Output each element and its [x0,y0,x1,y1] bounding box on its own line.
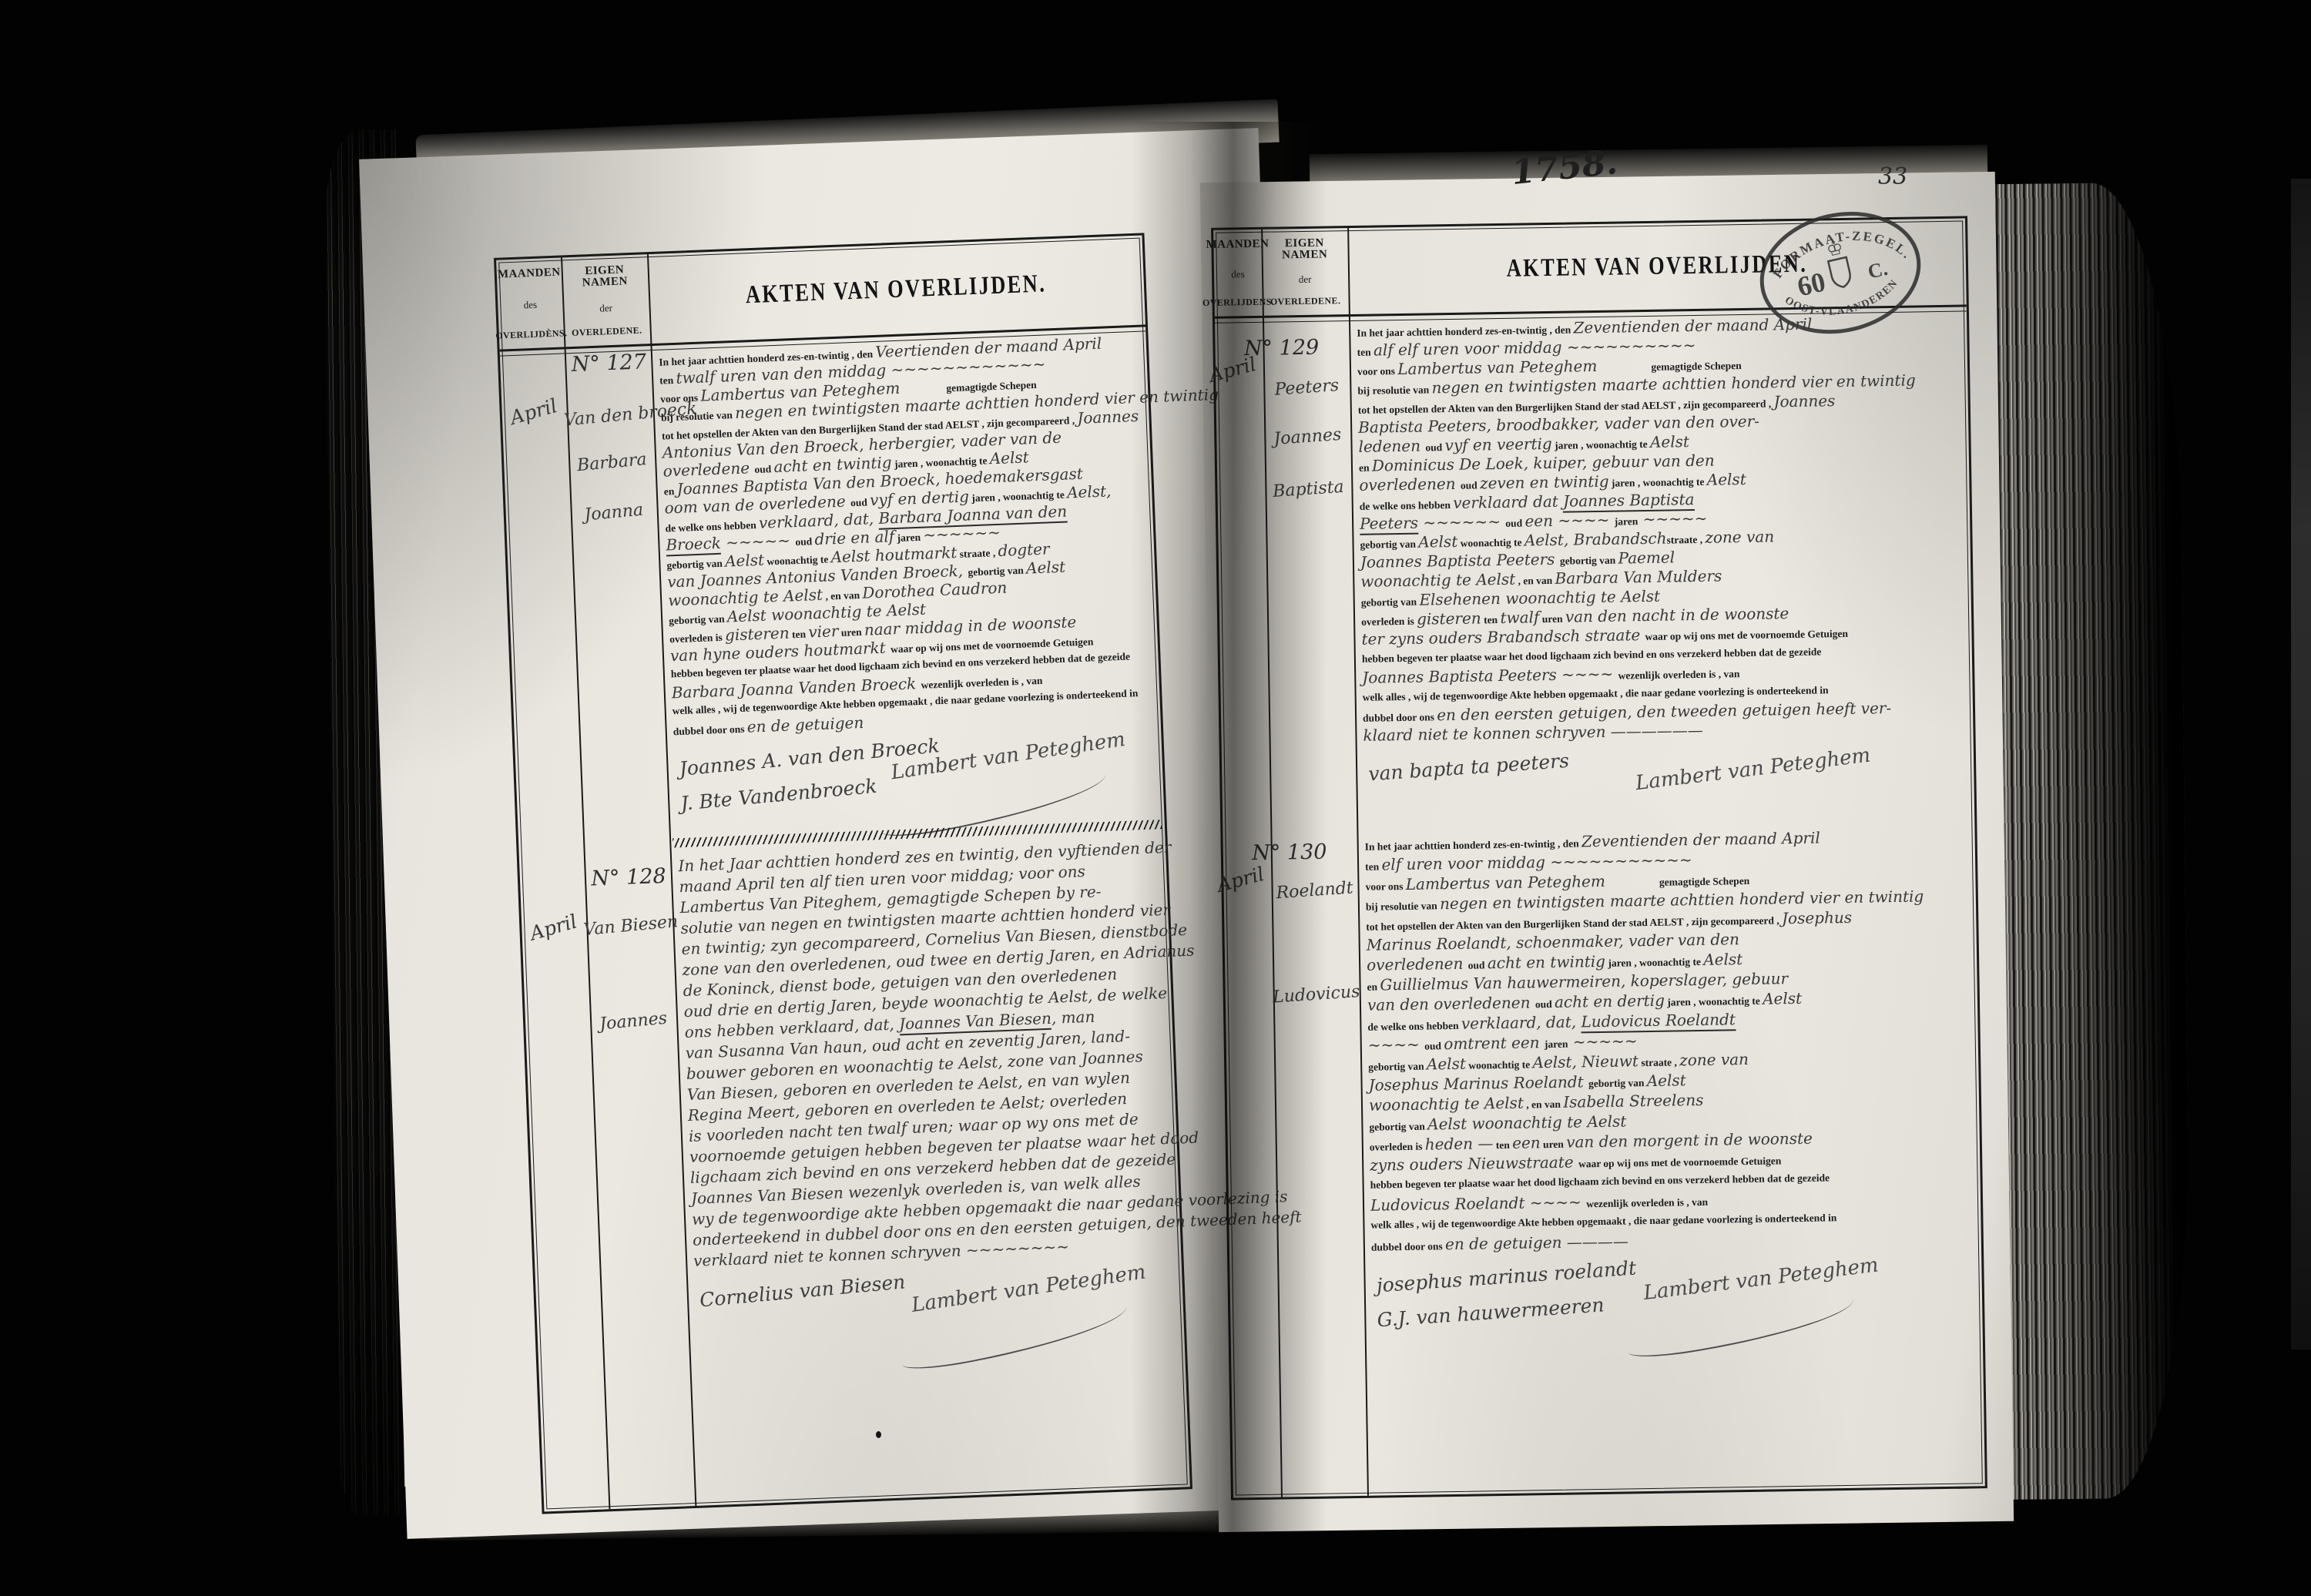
column-header-names: EIGEN NAMENderOVERLEDENE. [561,254,650,347]
printed-text: de welke ons hebben [1360,499,1454,512]
printed-text: gebortig van [1560,555,1618,567]
witness-signatures: Cornelius van Biesen [699,1276,906,1318]
handwritten-text: Lambertus van Peteghem [1397,357,1597,378]
printed-text: jaren [894,531,924,544]
signature-block: Cornelius van Biesen Lambert van Peteghe… [694,1264,1177,1375]
handwritten-text [1605,886,1659,887]
signature: G.J. van hauwermeeren [1377,1292,1638,1332]
handwritten-text: Ludovicus Roelandt [1581,1010,1736,1033]
signature-block: josephus marinus roelandtG.J. van hauwer… [1371,1256,1975,1358]
handwritten-text: Joannes Baptista Peeters [1360,550,1560,572]
handwritten-text [1597,370,1651,371]
official-signature: Lambert van Peteghem [1634,744,1871,796]
printed-text: uren [1539,613,1565,625]
handwritten-text: gisteren [725,623,790,644]
printed-text: voor ons [660,392,701,405]
printed-text: hebben begeven ter plaatse waar het dood… [1370,1172,1830,1190]
handwritten-text: Aelst [989,448,1029,468]
handwritten-text: zone van [1679,1050,1749,1069]
act-body: In het Jaar achttien honderd zes en twin… [678,837,1177,1374]
death-act-130: N° 130 April RoelandtLudovicus In het ja… [1223,811,1985,1497]
printed-text: oud [1461,479,1480,491]
printed-text: jaren , woonachtig te [1605,956,1703,969]
printed-text: woonachtig te [1466,1058,1533,1071]
page-title: AKTEN VAN OVERLIJDEN. [746,270,1048,310]
printed-text: , en van [1515,575,1555,587]
printed-text: bij resolutie van [1357,384,1431,397]
handwritten-text: ~~~~~ [1568,1031,1638,1051]
handwritten-text: twalf [1500,608,1539,627]
deceased-name-margin: Van den broeck [563,403,657,431]
printed-text: straate , [1638,1056,1679,1068]
handwritten-text: Ludovicus Roelandt ~~~~ [1370,1192,1586,1214]
death-act-127: N° 127 April Van den broeckBarbaraJoanna… [500,332,1165,843]
printed-text: overleden is [669,632,726,645]
handwritten-text: Isabella Streelens [1563,1091,1704,1111]
printed-text: gebortig van [1369,1121,1427,1133]
printed-text: gemagtigde Schepen [1659,875,1750,888]
printed-text: oud [1425,441,1444,453]
printed-text: waar op wij ons met de voornoemde Getuig… [1578,1155,1782,1169]
column-header-line: des [523,300,537,310]
printed-text: jaren [1615,515,1638,527]
printed-text: oud [1505,517,1524,528]
column-header-line: OVERLEDENE. [1270,296,1341,306]
printed-text: oud [754,463,774,475]
printed-text: woonachtig te [764,553,831,567]
printed-text: gemagtigde Schepen [1651,360,1742,373]
printed-text: ten [1493,1139,1512,1151]
printed-text: oud [1535,998,1555,1010]
handwritten-text: ~~~~~~ [1418,512,1506,532]
handwritten-text: een [1512,1133,1541,1152]
column-header-line: der [599,302,612,313]
printed-text: de welke ons hebben [1367,1020,1461,1033]
handwritten-text: Peeters [1360,514,1418,535]
left-page-table: MAANDENdesOVERLIJDÈNS. EIGEN NAMENderOVE… [494,233,1192,1514]
column-header-line: OVERLIJDÈNS. [495,328,568,340]
printed-text: gebortig van [1360,538,1418,551]
handwritten-text: Aelst [1427,1054,1466,1074]
handwritten-text: acht en twintig [1488,952,1606,972]
handwritten-text: Aelst [725,551,765,571]
film-edge-strip [2291,179,2311,1350]
act-body: In het jaar achttien honderd zes-en-twin… [1357,313,1967,849]
printed-text: ten [659,374,676,387]
stamp-value: 60 [1794,266,1828,302]
handwritten-text: gisteren [1417,609,1481,628]
printed-text: jaren , woonachtig te [1608,476,1706,489]
handwritten-text: dogter [998,539,1050,560]
printed-text: voor ons [1357,365,1397,377]
right-page-table: MAANDENdesOVERLIJDENS. EIGEN NAMENderOVE… [1211,216,1987,1500]
column-header-names: EIGEN NAMENderOVERLEDENE. [1261,228,1349,316]
printed-text: In het jaar achttien honderd zes-en-twin… [1357,324,1574,338]
act-body: In het jaar achttien honderd zes-en-twin… [659,333,1157,842]
deceased-name-margin: Roelandt [1268,878,1361,904]
handwritten-text: Aelst [1650,432,1689,451]
printed-text: gemagtigde Schepen [946,379,1037,394]
handwritten-text: Lambertus van Peteghem [1406,872,1605,894]
act-text: In het Jaar achttien honderd zes en twin… [678,837,1173,1272]
handwritten-text: heden — [1425,1134,1494,1153]
handwritten-text: Barbara Van Mulders [1555,566,1722,587]
handwritten-text: Paemel [1618,548,1675,567]
column-header-line: des [1231,269,1245,279]
handwritten-text: en de getuigen [746,713,864,736]
handwritten-text: woonachtig te Aelst [1360,570,1515,591]
handwritten-text: Aelst, [1067,481,1112,501]
printed-text: straate , [957,547,998,560]
printed-text: uren [838,626,864,639]
column-header-line: OVERLEDENE. [572,326,642,338]
handwritten-text: verklaard dat [1453,492,1563,512]
handwritten-text: van den overledenen [1367,993,1535,1014]
handwritten-text: Zeventienden der maand April [1581,828,1820,850]
handwritten-text: woonachtig te Aelst [1369,1094,1524,1115]
printed-text: hebben begeven ter plaatse waar het dood… [1362,645,1822,664]
deceased-name-margin: Baptista [1262,477,1355,502]
column-header-line: EIGEN NAMEN [562,263,646,290]
handwritten-text: Aelst, Nieuwt [1532,1051,1638,1071]
act-text: In het jaar achttien honderd zes-en-twin… [1357,313,1966,746]
printed-text: jaren [1545,1038,1568,1050]
printed-text: welk alles , wij de tegenwoordige Akte h… [1370,1212,1836,1231]
column-header-line: MAANDEN [498,267,561,281]
signature: josephus marinus roelandt [1376,1257,1637,1297]
stamp-shield-icon [1828,257,1853,289]
handwritten-text: van den morgent in de woonste [1566,1129,1813,1152]
deceased-name-margin: Peeters [1260,375,1353,401]
handwritten-text: zeven en twintig [1480,472,1609,493]
printed-text: In het jaar achttien honderd zes-en-twin… [1365,837,1582,852]
printed-text: dubbel door ons [1371,1240,1445,1253]
printed-text: jaren , woonachtig te [1552,438,1650,451]
printed-text: dubbel door ons [673,723,747,738]
printed-text: woonachtig te [1457,536,1524,548]
printed-text: bij resolutie van [661,409,736,424]
printed-text: , en van [1524,1098,1564,1111]
handwritten-text: , man [1051,1008,1095,1028]
folio-page-number: 33 [1878,163,1907,190]
act-body: In het jaar achttien honderd zes-en-twin… [1364,825,1975,1358]
handwritten-text: zone van [1705,527,1774,546]
printed-text: oud [1468,959,1488,971]
witness-signatures: van bapta ta peeters [1368,755,1570,793]
printed-text: waar op wij ons met de voornoemde Getuig… [1645,628,1848,642]
printed-text: gebortig van [666,558,725,572]
handwritten-text: Joannes [1077,407,1139,427]
printed-text: oud [795,535,815,548]
handwritten-text: ~~~~~ [1638,509,1708,528]
handwritten-text: Aelst [1418,532,1457,552]
printed-text: oud [1424,1040,1444,1051]
printed-text: wezenlijk overleden is , van [1618,668,1739,681]
deceased-name-margin: Joanna [567,499,661,527]
acts-area: N° 127 April Van den broeckBarbaraJoanna… [500,332,1190,1511]
printed-text: wezenlijk overleden is , van [1586,1196,1708,1209]
column-header-line: der [1299,273,1312,283]
deceased-name-margin: Van Biesen [583,912,677,940]
printed-text: , en van [823,589,863,602]
printed-text: gebortig van [1588,1077,1647,1089]
deceased-name-margin: Joannes [1261,424,1354,450]
handwritten-text: ledenen [1358,436,1425,455]
handwritten-text [901,391,947,393]
handwritten-text: Josephus [1782,908,1852,927]
printed-text: gebortig van [1368,1061,1427,1073]
handwritten-text: Aelst, Brabandsch [1524,529,1667,550]
handwritten-text: een ~~~~ [1524,511,1615,531]
handwritten-text: vier [808,622,839,641]
column-header-line: MAANDEN [1206,239,1269,251]
signature: Cornelius van Biesen [699,1270,906,1311]
printed-text: overleden is [1361,615,1417,628]
printed-text: bij resolutie van [1366,900,1440,913]
handwritten-text: Josephus Marinus Roelandt [1368,1072,1588,1094]
printed-text: ten [1357,347,1374,358]
handwritten-text: overledenen [1367,954,1468,974]
handwritten-text: zyns ouders Nieuwstraate [1370,1152,1578,1174]
deceased-name-margin: Ludovicus [1270,982,1363,1008]
handwritten-text: en de getuigen ———— [1445,1232,1628,1253]
printed-text: oud [850,496,870,508]
printed-text: uren [1541,1138,1567,1151]
deceased-name-margin: Joannes [586,1008,680,1035]
printed-text: en [664,485,677,498]
printed-text: voor ons [1365,880,1405,893]
handwritten-text: van den nacht in de woonste [1565,604,1789,626]
printed-text: ten [789,629,808,641]
column-header-line: EIGEN NAMEN [1263,237,1346,262]
handwritten-text: Aelst [1026,558,1066,578]
printed-text: overleden is [1370,1141,1425,1153]
printed-text: jaren , woonachtig te [1665,995,1763,1008]
printed-text: ten [1481,614,1501,625]
acts-area: N° 129 April PeetersJoannesBaptista In h… [1215,312,1985,1497]
witness-signatures: josephus marinus roelandtG.J. van hauwer… [1376,1263,1637,1336]
printed-text: straate , [1666,534,1705,546]
handwritten-text: Zeventienden der maand April [1573,315,1812,337]
handwritten-text: acht en dertig [1555,991,1665,1011]
column-header-months: MAANDENdesOVERLIJDENS. [1213,230,1263,317]
deceased-name-margin: Barbara [565,449,659,477]
handwritten-text: Joannes [1773,391,1835,411]
signature: van bapta ta peeters [1367,749,1569,786]
printed-text: gebortig van [968,565,1026,578]
act-text: In het jaar achttien honderd zes-en-twin… [1364,825,1973,1255]
handwritten-text: verklaard, dat, [1461,1012,1581,1032]
death-act-128: N° 128 April Van BiesenJoannes In het Ja… [519,831,1190,1512]
printed-text: ten [1365,860,1382,872]
handwritten-text: Aelst [1763,989,1802,1008]
handwritten-text: overledenen [1359,474,1461,495]
handwritten-text: Aelst [1647,1071,1686,1090]
handwritten-text: Aelst [1707,470,1746,489]
handwritten-text: Aelst woonachtig te Aelst [1427,1111,1627,1133]
handwritten-text: Aelst [1703,950,1742,969]
stamp-unit: C. [1866,257,1890,283]
handwritten-text: vyf en veertig [1444,434,1552,454]
printed-text: en [1359,462,1372,474]
printed-text: gebortig van [1361,596,1420,609]
printed-text: en [1367,981,1380,992]
handwritten-text: Elsehenen woonachtig te Aelst [1419,587,1660,609]
handwritten-text: omtrent een [1444,1033,1545,1053]
printed-text: dubbel door ons [1363,711,1437,724]
photographed-register-scan: MAANDENdesOVERLIJDÈNS. EIGEN NAMENderOVE… [0,0,2311,1596]
handwritten-text: ~~~~ [1368,1035,1425,1054]
ink-speck [876,1431,881,1438]
act-text: In het jaar achttien honderd zes-en-twin… [659,333,1153,739]
printed-text: gebortig van [669,613,727,627]
column-header-months: MAANDENdesOVERLIJDÈNS. [496,257,564,349]
death-act-129: N° 129 April PeetersJoannesBaptista In h… [1215,312,1974,820]
